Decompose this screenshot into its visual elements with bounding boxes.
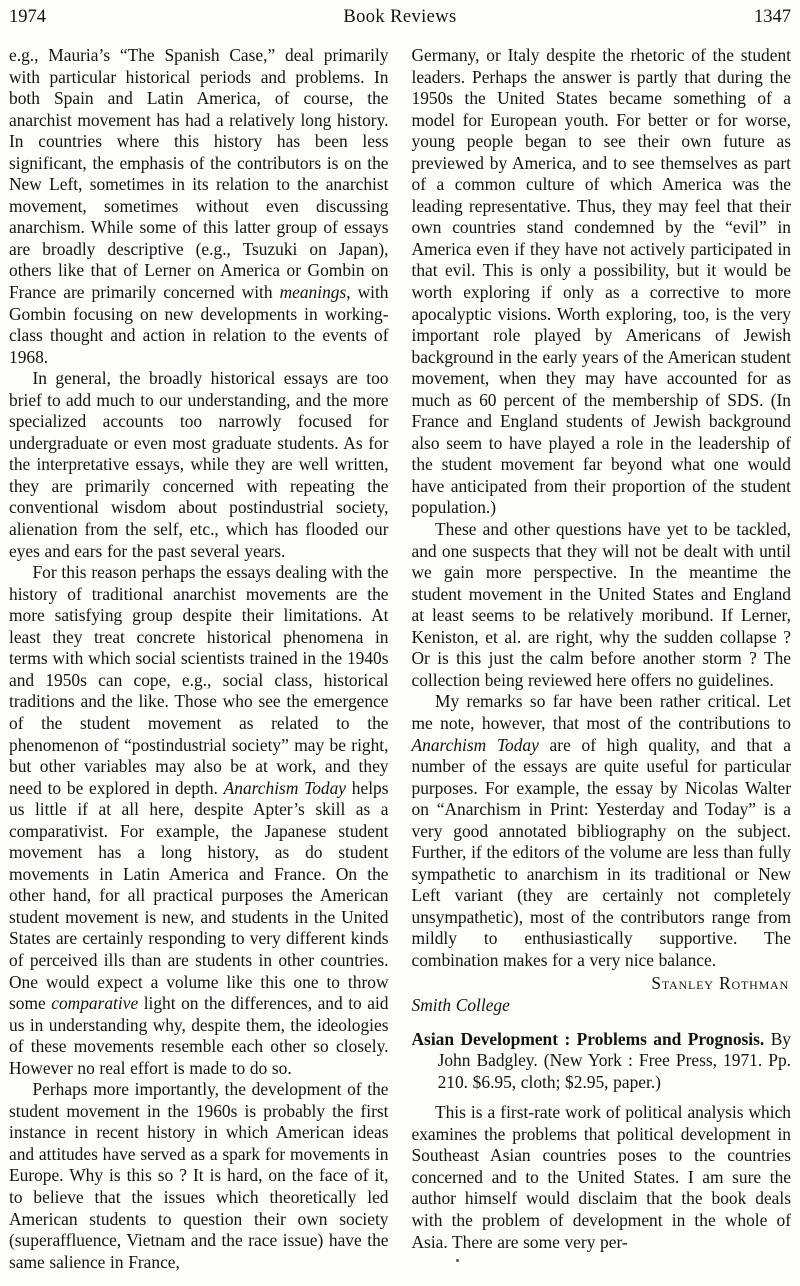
journal-page: 1974 Book Reviews 1347 e.g., Mauria’s “T… bbox=[0, 0, 800, 1286]
paragraph: Perhaps more importantly, the developmen… bbox=[9, 1079, 389, 1273]
text-segment: For this reason perhaps the essays deali… bbox=[9, 562, 389, 797]
text-segment: meanings bbox=[280, 282, 347, 302]
paragraph: This is a first-rate work of political a… bbox=[412, 1102, 792, 1253]
text-segment: comparative bbox=[51, 993, 138, 1013]
paragraph: For this reason perhaps the essays deali… bbox=[9, 562, 389, 1079]
text-segment: In general, the broadly historical essay… bbox=[9, 368, 389, 560]
scan-artifact-dot bbox=[456, 1259, 459, 1262]
left-column: e.g., Mauria’s “The Spanish Case,” deal … bbox=[9, 45, 389, 1273]
header-year: 1974 bbox=[9, 6, 343, 28]
two-column-body: e.g., Mauria’s “The Spanish Case,” deal … bbox=[9, 45, 791, 1273]
paragraph: e.g., Mauria’s “The Spanish Case,” deal … bbox=[9, 45, 389, 368]
paragraph: Germany, or Italy despite the rhetoric o… bbox=[412, 45, 792, 519]
text-segment: Anarchism Today bbox=[224, 778, 346, 798]
text-segment: This is a first-rate work of political a… bbox=[412, 1102, 792, 1251]
reviewer-signature: Stanley Rothman bbox=[412, 973, 792, 995]
text-segment: Germany, or Italy despite the rhetoric o… bbox=[412, 45, 792, 517]
book-review-heading: Asian Development : Problems and Prognos… bbox=[412, 1029, 792, 1094]
text-segment: Perhaps more importantly, the developmen… bbox=[9, 1079, 389, 1271]
text-segment: Anarchism Today bbox=[412, 735, 539, 755]
running-head: 1974 Book Reviews 1347 bbox=[9, 6, 791, 28]
right-column: Germany, or Italy despite the rhetoric o… bbox=[412, 45, 792, 1273]
text-segment: e.g., Mauria’s “The Spanish Case,” deal … bbox=[9, 45, 389, 302]
text-segment: Smith College bbox=[412, 995, 510, 1015]
text-segment: Asian Development : Problems and Prognos… bbox=[412, 1029, 765, 1049]
reviewer-affiliation: Smith College bbox=[412, 995, 792, 1017]
text-segment: These and other questions have yet to be… bbox=[412, 519, 792, 690]
text-segment: Stanley Rothman bbox=[651, 973, 789, 993]
text-segment: helps us little if at all here, despite … bbox=[9, 778, 389, 1013]
paragraph: These and other questions have yet to be… bbox=[412, 519, 792, 691]
text-segment: My remarks so far have been rather criti… bbox=[412, 691, 792, 733]
header-page-number: 1347 bbox=[457, 6, 791, 28]
paragraph: My remarks so far have been rather criti… bbox=[412, 691, 792, 971]
paragraph: In general, the broadly historical essay… bbox=[9, 368, 389, 562]
header-title: Book Reviews bbox=[343, 6, 456, 28]
text-segment: are of high quality, and that a number o… bbox=[412, 735, 792, 970]
